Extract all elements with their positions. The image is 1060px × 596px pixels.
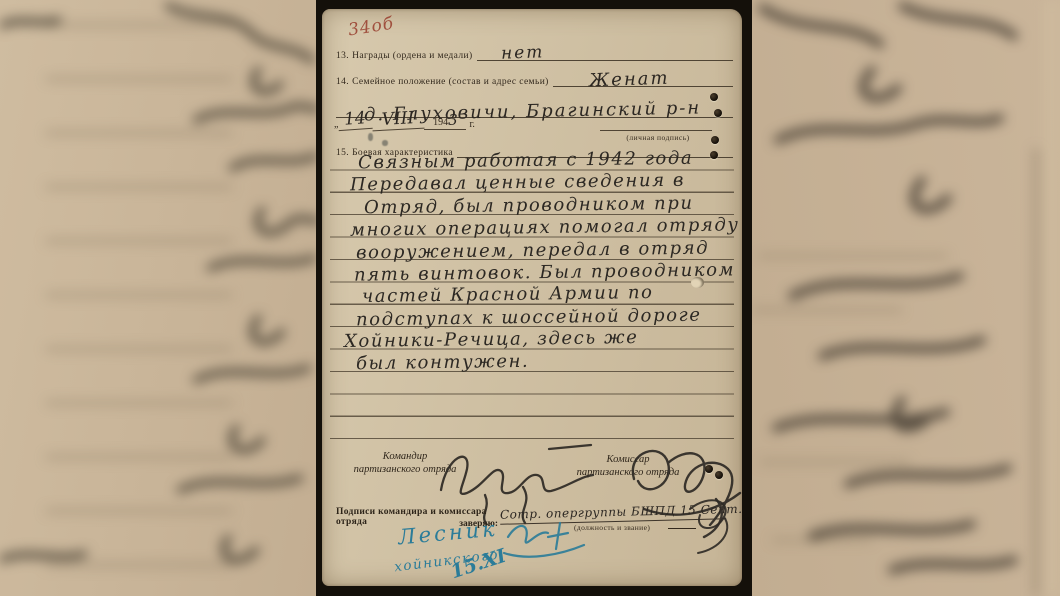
field-14-line: Женат bbox=[553, 71, 733, 87]
date-year: 1943 bbox=[424, 111, 466, 130]
date-year-prefix: 194 bbox=[433, 117, 448, 128]
blurred-background-right bbox=[752, 0, 1060, 596]
field-13-number: 13. bbox=[336, 51, 349, 61]
field-13-line: нет bbox=[477, 45, 733, 61]
date-row: „ 14 VIII 1943 г. bbox=[334, 109, 475, 130]
document-page: 34об 13. Награды (ордена и медали) нет 1… bbox=[322, 9, 742, 586]
blurred-background-left bbox=[0, 0, 316, 596]
worm-hole bbox=[705, 465, 713, 473]
field-13-awards: 13. Награды (ордена и медали) нет bbox=[336, 45, 733, 61]
field-14-family: 14. Семейное положение (состав и адрес с… bbox=[336, 71, 733, 87]
combat-text-line: был контужен. bbox=[356, 351, 530, 374]
worm-hole bbox=[714, 109, 722, 117]
field-13-value: нет bbox=[500, 42, 544, 64]
torn-spot bbox=[691, 277, 704, 288]
date-month: VIII bbox=[372, 108, 425, 132]
scanned-document-view: 34об 13. Награды (ордена и медали) нет 1… bbox=[0, 0, 1060, 596]
personal-signature-caption: (личная подпись) bbox=[602, 133, 714, 142]
date-year-digit: 3 bbox=[448, 111, 458, 129]
worm-hole bbox=[715, 471, 723, 479]
field-14-value: Женат bbox=[588, 68, 669, 92]
date-era: г. bbox=[469, 119, 474, 130]
worm-hole bbox=[710, 151, 718, 159]
document-backing: 34об 13. Награды (ордена и медали) нет 1… bbox=[316, 0, 752, 596]
blurred-handwriting-right bbox=[752, 0, 1060, 596]
page-number-note: 34об bbox=[347, 14, 396, 41]
date-day: 14 bbox=[338, 108, 373, 131]
personal-signature-line bbox=[600, 130, 712, 131]
field-14-number: 14. bbox=[336, 77, 349, 87]
worm-hole bbox=[710, 93, 718, 101]
certifier-signature-flourish bbox=[680, 487, 742, 559]
worm-hole bbox=[711, 136, 719, 144]
field-14-label: Семейное положение (состав и адрес семьи… bbox=[352, 77, 549, 87]
combat-text-line: частей Красной Армии по bbox=[362, 282, 654, 307]
combat-text-line: Хойники-Речица, здесь же bbox=[344, 327, 639, 352]
field-13-label: Награды (ордена и медали) bbox=[352, 51, 472, 61]
ink-smudge bbox=[368, 133, 373, 141]
blurred-handwriting-left bbox=[0, 0, 316, 596]
blue-note-scribble bbox=[498, 509, 608, 565]
